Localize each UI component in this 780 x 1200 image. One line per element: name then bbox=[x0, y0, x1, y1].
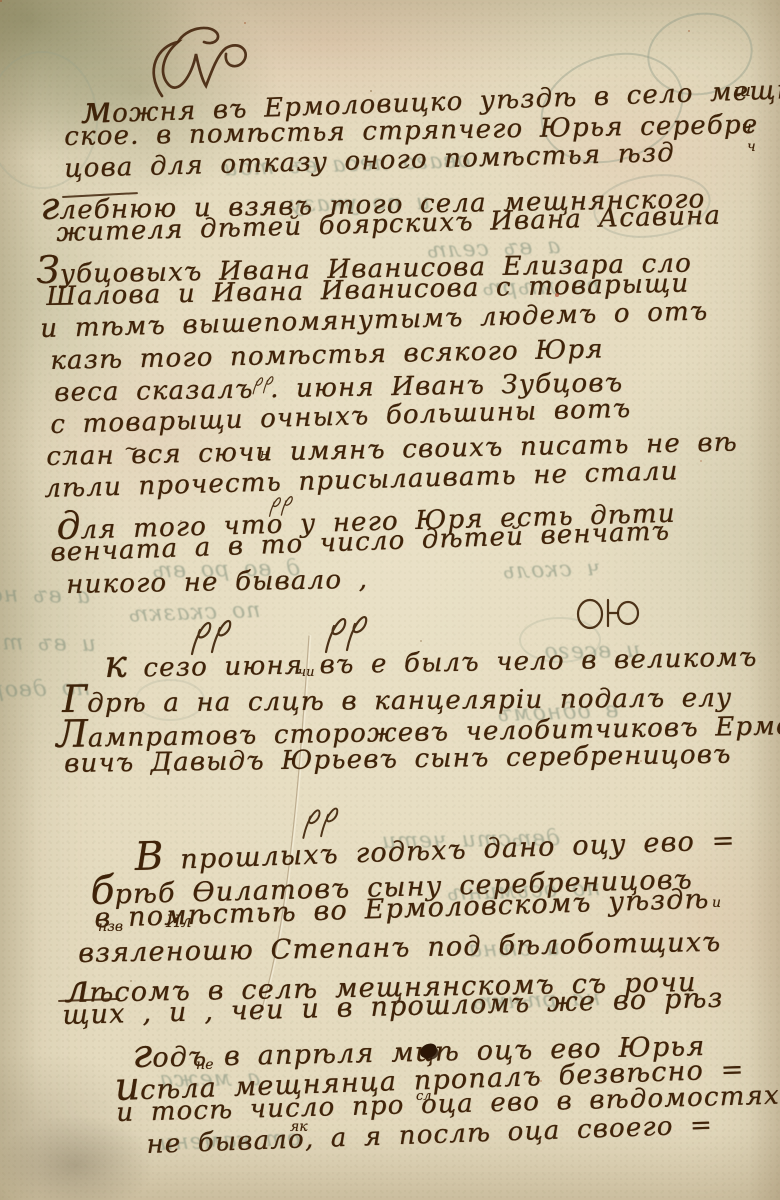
superscript-letter: Ил bbox=[166, 914, 192, 931]
superscript-letter: ∼ bbox=[62, 444, 76, 461]
superscript-letter: нзв bbox=[98, 920, 123, 934]
superscript-letter: сл bbox=[416, 1090, 432, 1103]
superscript-letter: ш bbox=[734, 82, 751, 100]
superscript-letter: не bbox=[196, 1058, 214, 1072]
superscript-letter: н bbox=[260, 448, 269, 461]
superscript-letter: ч bbox=[747, 140, 756, 154]
superscript-letter: и bbox=[742, 120, 752, 135]
superscript-letter: и bbox=[712, 896, 721, 910]
manuscript-page: оваго леса въ тойи по указуа въ селѣпо м… bbox=[0, 0, 780, 1200]
marginalia-layer: шиччинзвИлинеслякн∼∼ bbox=[0, 0, 780, 1200]
superscript-letter: ∼ bbox=[124, 441, 138, 458]
foxing-specks bbox=[0, 0, 2, 2]
superscript-letter: як bbox=[290, 1120, 308, 1134]
superscript-letter: чи bbox=[298, 666, 314, 679]
